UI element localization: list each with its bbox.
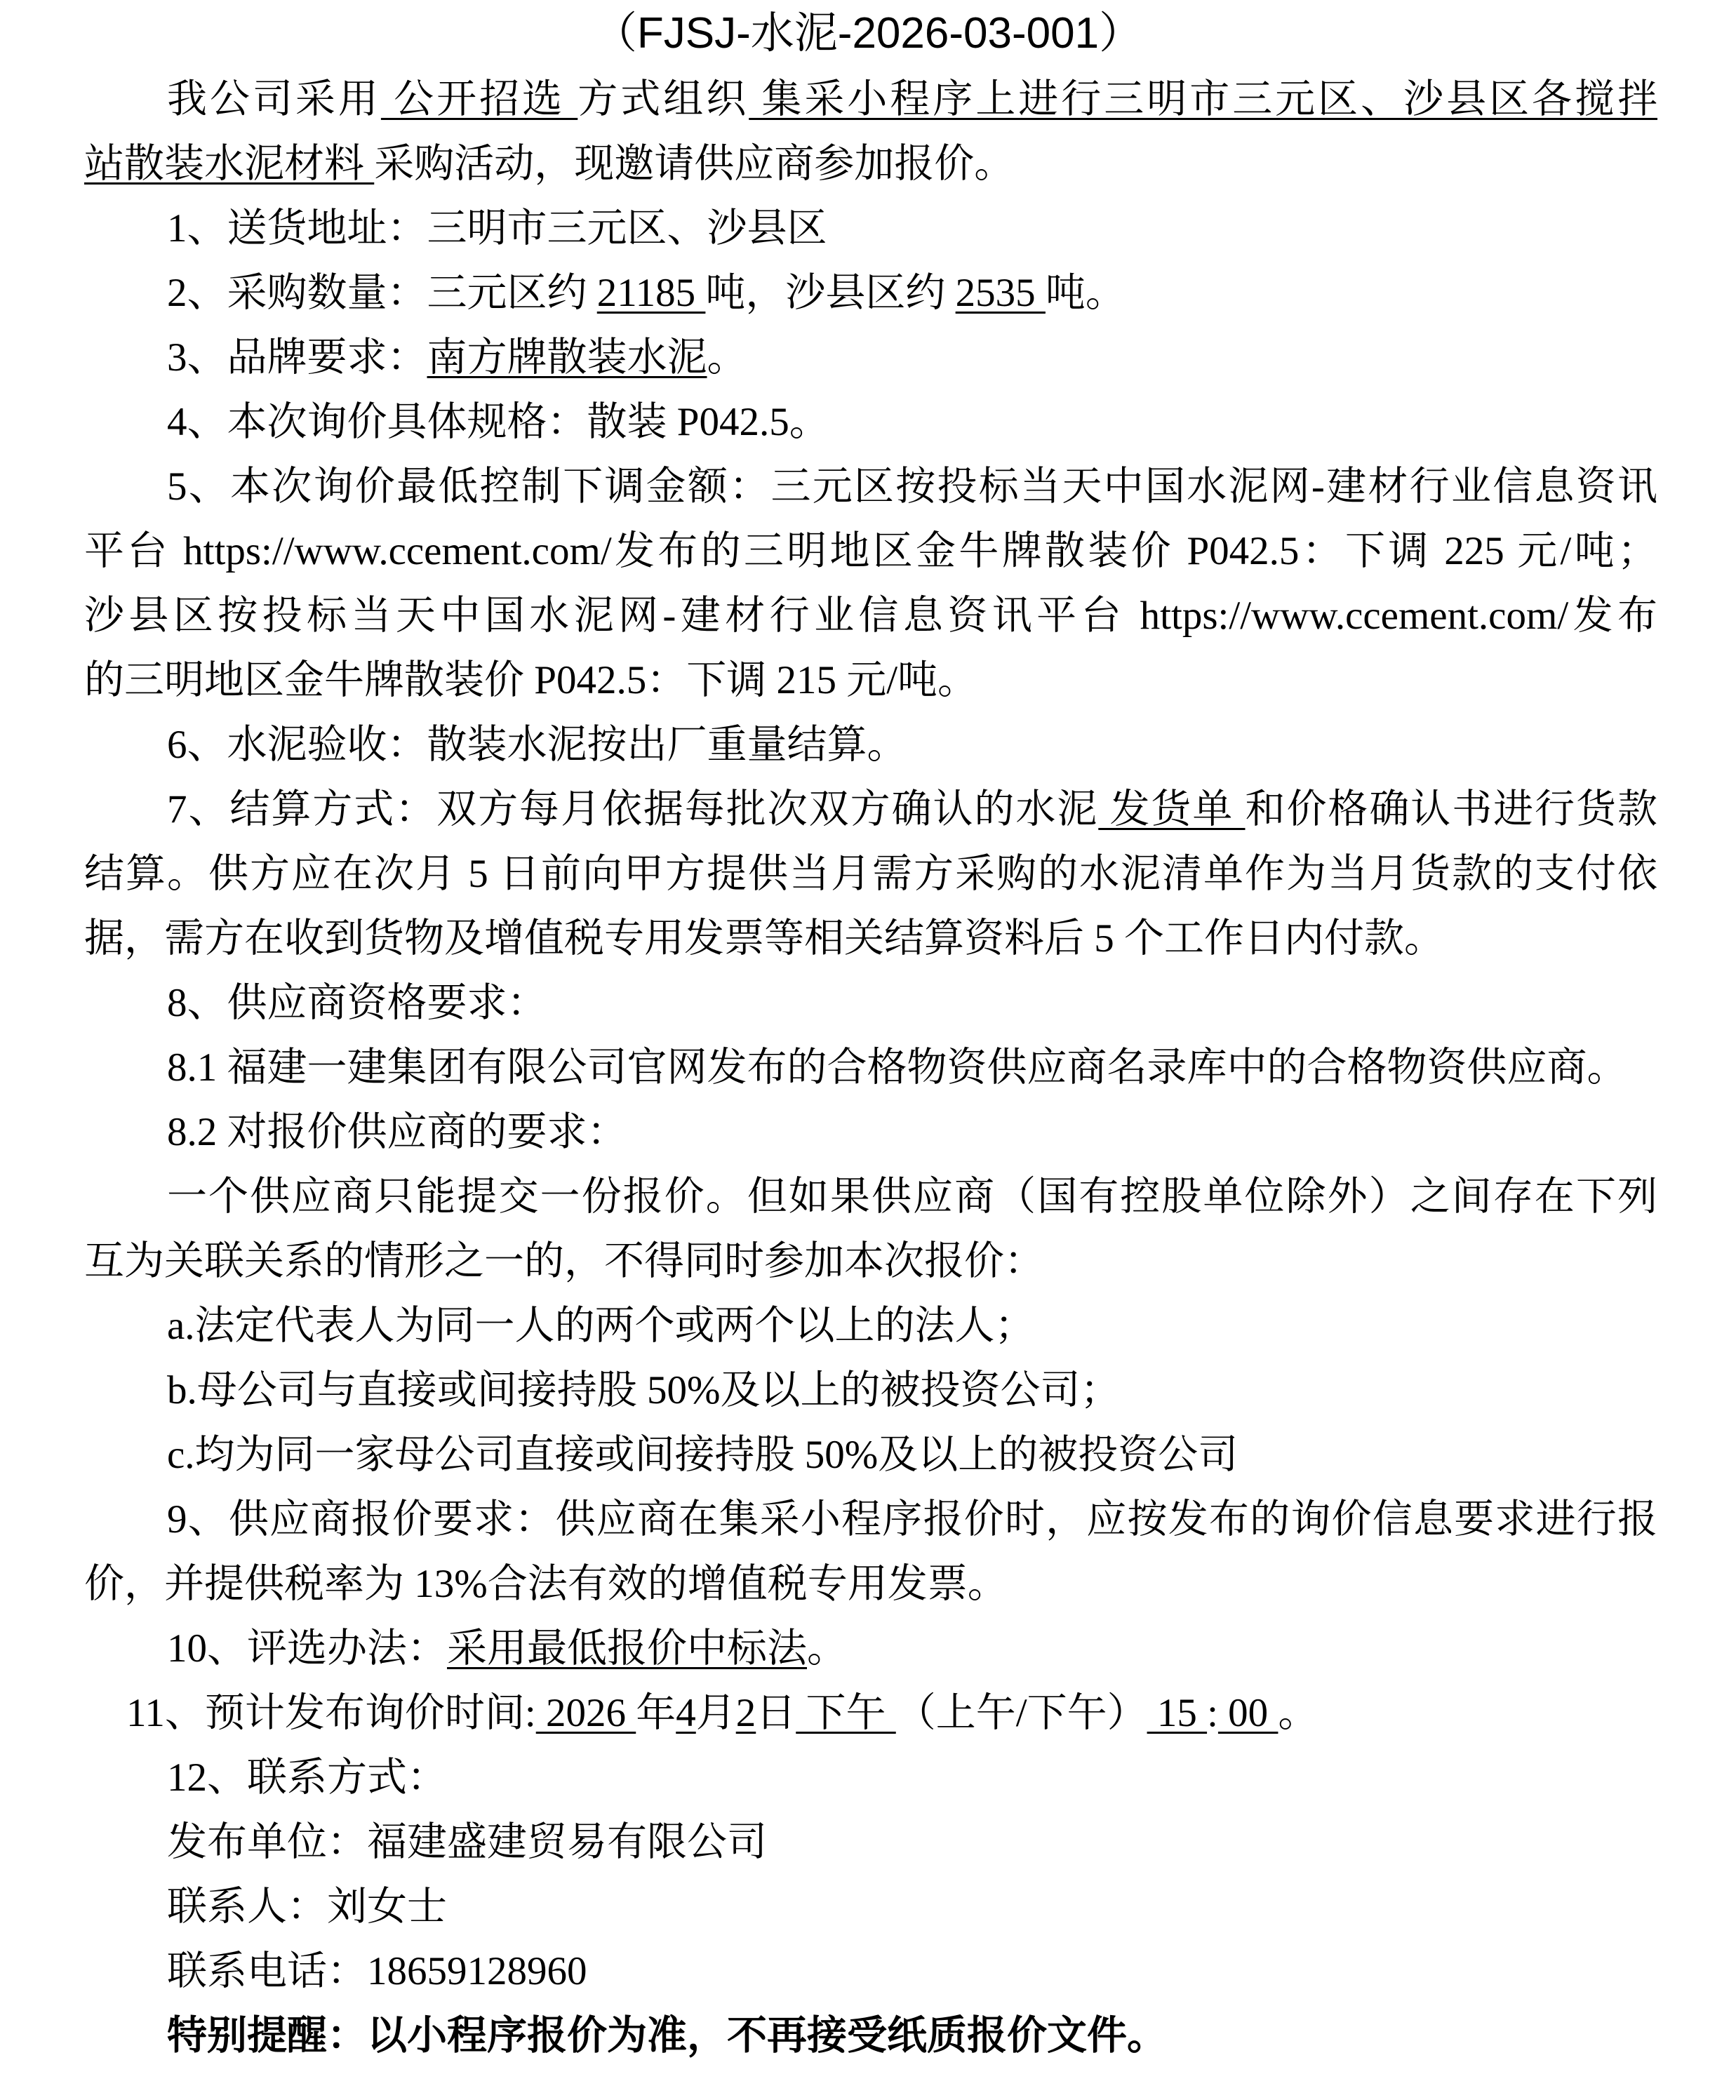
text-run: 互为关联关系的情形之一的，不得同时参加本次报价： <box>84 1239 1044 1283</box>
text-run: 的三明地区金牛牌散装价 P042.5：下调 215 元/吨。 <box>84 658 977 702</box>
document-title: （FJSJ-水泥-2026-03-001） <box>0 3 1736 65</box>
text-run: 9、供应商报价要求：供应商在集采小程序报价时，应按发布的询价信息要求进行报 <box>167 1497 1657 1541</box>
document-line: a.法定代表人为同一人的两个或两个以上的法人； <box>84 1294 1657 1358</box>
document-line: 6、水泥验收：散装水泥按出厂重量结算。 <box>84 713 1657 777</box>
document-line: 平台 https://www.ccement.com/发布的三明地区金牛牌散装价… <box>84 519 1657 584</box>
underlined-field: 公开招选 <box>381 77 577 121</box>
text-run: 11、预计发布询价时间: <box>126 1691 536 1735</box>
document-line: 4、本次询价具体规格：散装 P042.5。 <box>84 390 1657 455</box>
text-run: 3、品牌要求： <box>167 335 427 380</box>
document-line: 8.2 对报价供应商的要求： <box>84 1100 1657 1165</box>
document-line: 价，并提供税率为 13%合法有效的增值税专用发票。 <box>84 1552 1657 1617</box>
text-run: 2、采购数量：三元区约 <box>167 271 597 315</box>
underlined-field: 集采小程序上进行三明市三元区、沙县区各搅拌 <box>749 77 1657 121</box>
document-line: b.母公司与直接或间接持股 50%及以上的被投资公司； <box>84 1358 1657 1423</box>
text-run: 沙县区按投标当天中国水泥网-建材行业信息资讯平台 https://www.cce… <box>84 594 1657 638</box>
text-run: 6、水泥验收：散装水泥按出厂重量结算。 <box>167 723 907 767</box>
text-run: 8.1 福建一建集团有限公司官网发布的合格物资供应商名录库中的合格物资供应商。 <box>167 1045 1627 1090</box>
text-run: 年 <box>636 1691 676 1735</box>
document-line: 的三明地区金牛牌散装价 P042.5：下调 215 元/吨。 <box>84 648 1657 713</box>
document-line: 发布单位：福建盛建贸易有限公司 <box>84 1810 1657 1875</box>
text-run: 4、本次询价具体规格：散装 P042.5。 <box>167 400 829 444</box>
document-line: 11、预计发布询价时间: 2026 年4月2日 下午 （上午/下午） 15 : … <box>84 1681 1657 1746</box>
document-line: 9、供应商报价要求：供应商在集采小程序报价时，应按发布的询价信息要求进行报 <box>84 1487 1657 1552</box>
text-run: 我公司采用 <box>167 77 381 121</box>
document-line: 7、结算方式：双方每月依据每批次双方确认的水泥 发货单 和价格确认书进行货款 <box>84 777 1657 842</box>
document-line: 3、品牌要求：南方牌散装水泥。 <box>84 326 1657 390</box>
text-run: 。 <box>1278 1691 1318 1735</box>
text-run: 平台 https://www.ccement.com/发布的三明地区金牛牌散装价… <box>84 529 1657 573</box>
text-run: 8、供应商资格要求： <box>167 981 547 1025</box>
document-line: 10、评选办法：采用最低报价中标法。 <box>84 1617 1657 1681</box>
text-run: 吨。 <box>1046 271 1126 315</box>
text-run: 联系人：刘女士 <box>167 1885 447 1929</box>
document-line: c.均为同一家母公司直接或间接持股 50%及以上的被投资公司 <box>84 1423 1657 1487</box>
document-line: 联系电话：18659128960 <box>84 1939 1657 2004</box>
underlined-field: 南方牌散装水泥 <box>427 335 707 380</box>
text-run: 据，需方在收到货物及增值税专用发票等相关结算资料后 5 个工作日内付款。 <box>84 916 1444 961</box>
text-run: : <box>1207 1691 1218 1735</box>
text-run: 10、评选办法： <box>167 1626 447 1671</box>
document-line: 互为关联关系的情形之一的，不得同时参加本次报价： <box>84 1229 1657 1294</box>
text-run: 方式组织 <box>577 77 749 121</box>
document-line: 结算。供方应在次月 5 日前向甲方提供当月需方采购的水泥清单作为当月货款的支付依 <box>84 842 1657 907</box>
underlined-field: 15 <box>1147 1691 1208 1735</box>
text-run: c.均为同一家母公司直接或间接持股 50%及以上的被投资公司 <box>167 1433 1238 1477</box>
text-run: 结算。供方应在次月 5 日前向甲方提供当月需方采购的水泥清单作为当月货款的支付依 <box>84 852 1657 896</box>
text-run: 联系电话：18659128960 <box>167 1949 587 1993</box>
document-line: 12、联系方式： <box>84 1746 1657 1810</box>
text-run: 5、本次询价最低控制下调金额：三元区按投标当天中国水泥网-建材行业信息资讯 <box>167 464 1657 509</box>
underlined-field: 21185 <box>597 271 706 315</box>
text-run: 价，并提供税率为 13%合法有效的增值税专用发票。 <box>84 1562 1008 1606</box>
underlined-field: 4 <box>676 1691 696 1735</box>
underlined-field: 下午 <box>796 1691 896 1735</box>
document-line: 联系人：刘女士 <box>84 1875 1657 1939</box>
document-line: 特别提醒：以小程序报价为准，不再接受纸质报价文件。 <box>84 2004 1657 2068</box>
document-line: 8、供应商资格要求： <box>84 971 1657 1036</box>
document-line: 8.1 福建一建集团有限公司官网发布的合格物资供应商名录库中的合格物资供应商。 <box>84 1036 1657 1100</box>
underlined-field: 2026 <box>536 1691 636 1735</box>
text-run: 月 <box>696 1691 736 1735</box>
underlined-field: 站散装水泥材料 <box>84 142 374 186</box>
text-run: 。 <box>707 335 747 380</box>
underlined-field: 发货单 <box>1098 787 1245 831</box>
text-run: 日 <box>756 1691 796 1735</box>
text-run: a.法定代表人为同一人的两个或两个以上的法人； <box>167 1304 1035 1348</box>
underlined-field: 00 <box>1218 1691 1278 1735</box>
document-line: 一个供应商只能提交一份报价。但如果供应商（国有控股单位除外）之间存在下列 <box>84 1165 1657 1229</box>
text-run: b.母公司与直接或间接持股 50%及以上的被投资公司； <box>167 1368 1120 1412</box>
text-run: （上午/下午） <box>896 1691 1147 1735</box>
document-page: （FJSJ-水泥-2026-03-001） 我公司采用 公开招选 方式组织 集采… <box>0 0 1736 2100</box>
text-run: 。 <box>807 1626 847 1671</box>
document-line: 我公司采用 公开招选 方式组织 集采小程序上进行三明市三元区、沙县区各搅拌 <box>84 67 1657 132</box>
text-run: 发布单位：福建盛建贸易有限公司 <box>167 1820 767 1864</box>
underlined-field: 2 <box>736 1691 756 1735</box>
document-line: 1、送货地址：三明市三元区、沙县区 <box>84 196 1657 261</box>
text-run: 一个供应商只能提交一份报价。但如果供应商（国有控股单位除外）之间存在下列 <box>167 1175 1657 1219</box>
text-run: 采购活动，现邀请供应商参加报价。 <box>374 142 1014 186</box>
text-run: 特别提醒：以小程序报价为准，不再接受纸质报价文件。 <box>167 2014 1167 2058</box>
document-line: 2、采购数量：三元区约 21185 吨，沙县区约 2535 吨。 <box>84 261 1657 326</box>
document-line: 5、本次询价最低控制下调金额：三元区按投标当天中国水泥网-建材行业信息资讯 <box>84 455 1657 519</box>
underlined-field: 2535 <box>956 271 1046 315</box>
underlined-field: 采用最低报价中标法 <box>447 1626 807 1671</box>
text-run: 12、联系方式： <box>167 1755 447 1800</box>
text-run: 1、送货地址：三明市三元区、沙县区 <box>167 206 827 250</box>
text-run: 吨，沙县区约 <box>705 271 955 315</box>
text-run: 和价格确认书进行货款 <box>1246 787 1658 831</box>
document-line: 站散装水泥材料 采购活动，现邀请供应商参加报价。 <box>84 132 1657 196</box>
document-line: 据，需方在收到货物及增值税专用发票等相关结算资料后 5 个工作日内付款。 <box>84 907 1657 971</box>
text-run: 7、结算方式：双方每月依据每批次双方确认的水泥 <box>167 787 1098 831</box>
text-run: 8.2 对报价供应商的要求： <box>167 1110 627 1154</box>
document-line: 沙县区按投标当天中国水泥网-建材行业信息资讯平台 https://www.cce… <box>84 584 1657 648</box>
